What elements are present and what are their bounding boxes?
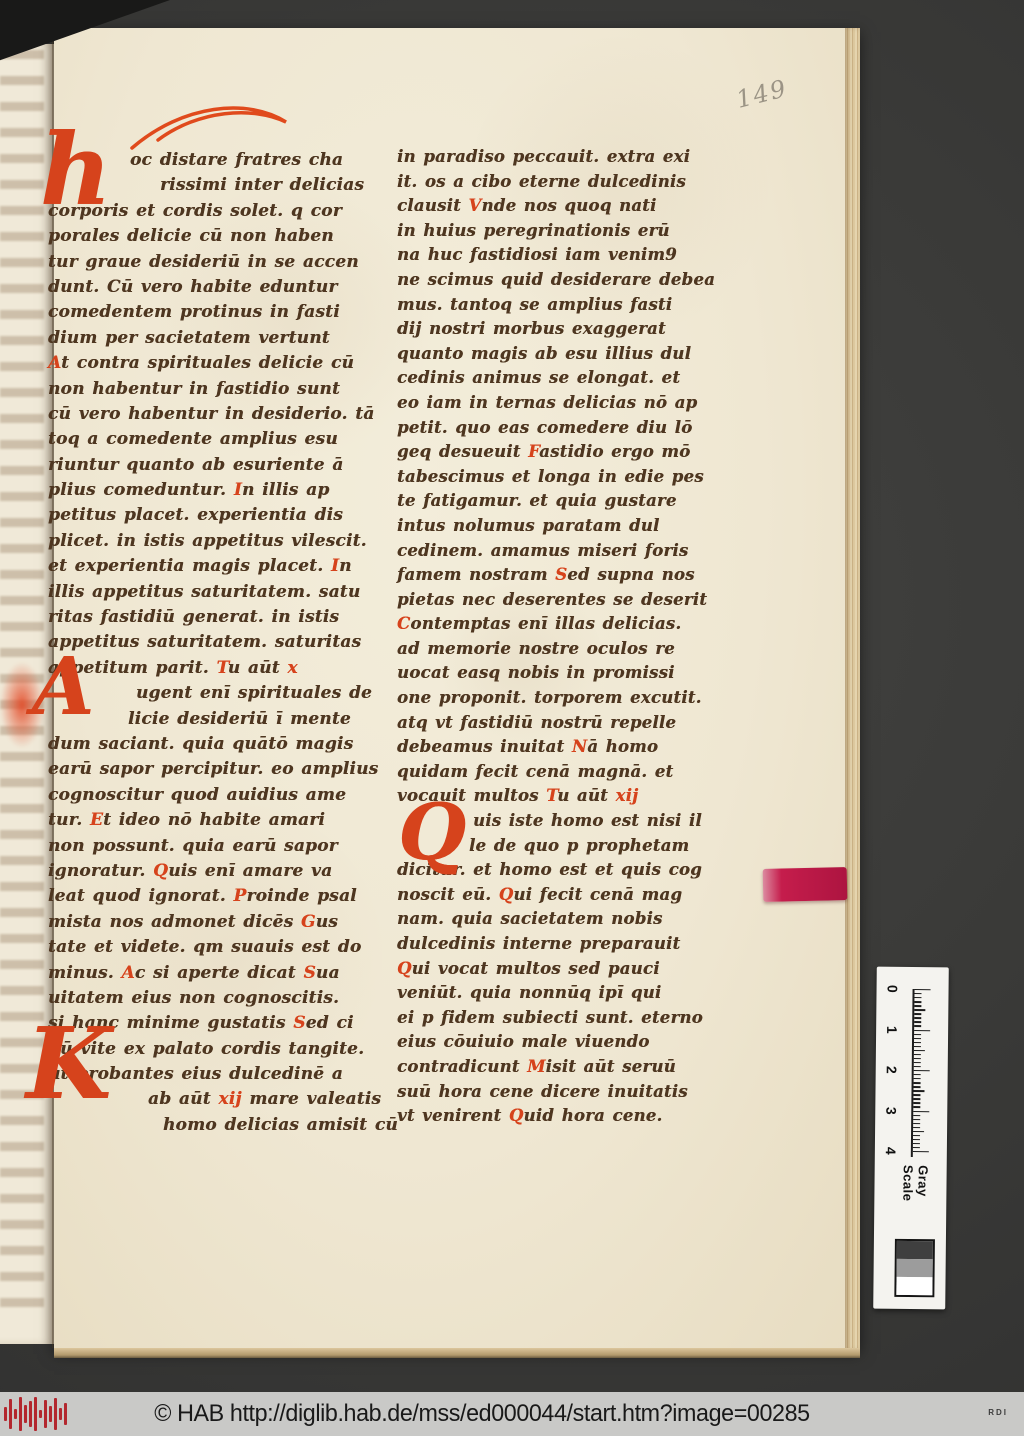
text-column-right: in paradiso peccauit. extra exiit. os a … (397, 146, 737, 1130)
ink-text: dium per sacietatem vertunt (48, 328, 330, 348)
gray-scale-label: Gray Scale (900, 1165, 931, 1235)
ruler-number: 0 (884, 978, 900, 1000)
ink-text: c si aperte dicat (135, 963, 304, 983)
ruler-tick (913, 1090, 924, 1092)
rubric-text: xij (218, 1089, 249, 1109)
manuscript-line: tate et videte. qm suauis est do (48, 937, 388, 962)
ink-text: ui fecit cenā mag (513, 884, 682, 904)
ruler-ticks (877, 967, 949, 968)
manuscript-line: geq desueuit Fastidio ergo mō (397, 441, 737, 466)
ink-text: ugent enī spirituales de (136, 683, 372, 703)
manuscript-line: veniūt. quia nonnūq ipī qui (397, 982, 737, 1007)
ink-text: ad memorie nostre oculos re (397, 638, 675, 658)
ink-text: famem nostram (397, 564, 555, 584)
ink-text: it. os a cibo eterne dulcedinis (397, 171, 686, 191)
rubric-text: F (528, 441, 539, 461)
ink-text: t ideo nō habite amari (103, 810, 325, 830)
rubric-text: M (527, 1056, 546, 1076)
ink-text: dulcedinis interne preparauit (397, 933, 680, 953)
ink-text: rissimi inter delicias (160, 175, 364, 195)
ink-text: petit. quo eas comedere diu lō (397, 417, 692, 437)
ruler-tick (914, 1009, 925, 1011)
rubric-text: x (287, 658, 297, 678)
footer-bar: © HAB http://diglib.hab.de/mss/ed000044/… (0, 1392, 1024, 1436)
manuscript-line: riuntur quanto ab esuriente ā (48, 455, 388, 480)
rubric-text: V (468, 195, 481, 215)
ink-text: comedentem protinus in fasti (48, 302, 340, 322)
manuscript-line: leat quod ignorat. Proinde psal (48, 886, 388, 911)
manuscript-line: in paradiso peccauit. extra exi (397, 146, 737, 171)
manuscript-line: ritas fastidiū generat. in istis (48, 607, 388, 632)
manuscript-line: contradicunt Misit aūt seruū (397, 1056, 737, 1081)
rubric-text: A (121, 963, 134, 983)
ruler-number: 4 (883, 1140, 899, 1162)
manuscript-line: porales delicie cū non haben (48, 226, 388, 251)
ruler-tick (913, 1147, 920, 1148)
ink-text: geq desueuit (397, 441, 528, 461)
manuscript-line: cognoscitur quod auidius ame (48, 785, 388, 810)
ruler-tick (914, 1046, 921, 1047)
ink-text: plius comeduntur. (48, 480, 234, 500)
rubric-text: Q (397, 958, 412, 978)
manuscript-line: dunt. Cū vero habite eduntur (48, 277, 388, 302)
ink-text: eius cōuiuio male viuendo (397, 1031, 650, 1051)
gray-scale-patches (894, 1239, 935, 1297)
manuscript-line: dulcedinis interne preparauit (397, 933, 737, 958)
ink-text: atq vt fastidiū nostrū repelle (397, 712, 676, 732)
logo-bar (9, 1399, 12, 1429)
ink-text: debeamus inuitat (397, 736, 572, 756)
ink-text: mus. tantoq se amplius fasti (397, 294, 672, 314)
ink-text: riuntur quanto ab esuriente ā (48, 455, 344, 475)
manuscript-line: clausit Vnde nos quoq nati (397, 195, 737, 220)
ruler-tick (913, 1119, 920, 1120)
ink-text: uis enī amare va (168, 861, 332, 881)
ink-text: tabescimus et longa in edie pes (397, 466, 704, 486)
ink-text: toq a comedente amplius esu (48, 429, 338, 449)
ink-text: t contra spirituales delicie cū (61, 353, 354, 373)
ink-text: u aūt (228, 658, 288, 678)
manuscript-line: non habentur in fastidio sunt (48, 379, 388, 404)
ruler-tick (913, 1123, 920, 1124)
ruler-number: 1 (884, 1018, 900, 1040)
manuscript-line: uocat easq nobis in promissi (397, 662, 737, 687)
illuminated-initial-k: K (26, 1016, 111, 1114)
ink-text: uid hora cene. (524, 1105, 663, 1125)
ruler-tick (914, 1034, 921, 1035)
manuscript-line: ignoratur. Quis enī amare va (48, 861, 388, 886)
ink-text: in huius peregrinationis erū (397, 220, 670, 240)
manuscript-line: ugent enī spirituales de (48, 683, 388, 708)
ink-text: suū hora cene dicere inuitatis (397, 1081, 688, 1101)
rubric-text: T (546, 785, 557, 805)
ink-text: one proponit. torporem excutit. (397, 687, 702, 707)
manuscript-line: cedinem. amamus miseri foris (397, 540, 737, 565)
ruler-number: 2 (884, 1059, 900, 1081)
rubric-text: Q (499, 884, 514, 904)
ink-text: dum saciant. quia quātō magis (48, 734, 353, 754)
manuscript-line: appetitus saturitatem. saturitas (48, 632, 388, 657)
ink-text: quidam fecit cenā magnā. et (397, 761, 673, 781)
ink-text: eo iam in ternas delicias nō ap (397, 392, 697, 412)
ink-text: appetitus saturitatem. saturitas (48, 632, 361, 652)
ruler-tick (914, 1050, 925, 1052)
ink-text: pietas nec deserentes se deserit (397, 589, 707, 609)
manuscript-line: toq a comedente amplius esu (48, 429, 388, 454)
illuminated-initial-q: Q (398, 794, 466, 872)
ink-text: cū vero habentur in desiderio. tā (48, 404, 375, 424)
ink-text: ed supna nos (567, 564, 694, 584)
ink-text: uis iste homo est nisi il (473, 810, 702, 830)
ink-text: tur graue desideriū in se accen (48, 252, 359, 272)
ink-text: astidio ergo mō (539, 441, 690, 461)
gray-patch (896, 1277, 932, 1295)
manuscript-line: cū vero habentur in desiderio. tā (48, 404, 388, 429)
rubric-text: E (90, 810, 103, 830)
gray-patch (897, 1259, 933, 1277)
ink-text: cognoscitur quod auidius ame (48, 785, 346, 805)
ink-text: le de quo p prophetam (469, 835, 689, 855)
ink-text: intus nolumus paratam dul (397, 515, 660, 535)
ink-text: n illis ap (242, 480, 330, 500)
manuscript-line: in huius peregrinationis erū (397, 220, 737, 245)
manuscript-line: ad memorie nostre oculos re (397, 638, 737, 663)
rubric-text: S (293, 1013, 305, 1033)
manuscript-line: pietas nec deserentes se deserit (397, 589, 737, 614)
ruler-tick (914, 1058, 921, 1059)
ruler-tick (913, 1135, 920, 1136)
ink-text: u aūt (557, 785, 615, 805)
ink-text: nde nos quoq nati (482, 195, 657, 215)
ink-text: clausit (397, 195, 468, 215)
manuscript-line: tur graue desideriū in se accen (48, 252, 388, 277)
manuscript-line: debeamus inuitat Nā homo (397, 736, 737, 761)
text-column-left: oc distare fratres charissimi inter deli… (48, 150, 388, 1140)
rubric-text: N (572, 736, 587, 756)
manuscript-line: famem nostram Sed supna nos (397, 564, 737, 589)
ruler-tick (914, 1086, 921, 1087)
manuscript-line: quidam fecit cenā magnā. et (397, 761, 737, 786)
rubric-text: G (301, 912, 316, 932)
ink-text: illis appetitus saturitatem. satu (48, 582, 360, 602)
ruler-tick (914, 1021, 921, 1022)
ink-text: earū sapor percipitur. eo amplius (48, 759, 378, 779)
manuscript-line: intus nolumus paratam dul (397, 515, 737, 540)
ink-text: tur. (48, 810, 90, 830)
manuscript-line: one proponit. torporem excutit. (397, 687, 737, 712)
ruler-tick (914, 1054, 921, 1055)
ink-text: petitus placet. experientia dis (48, 505, 343, 525)
ink-text: minus. (48, 963, 121, 983)
ink-text: leat quod ignorat. (48, 886, 233, 906)
manuscript-line: eo iam in ternas delicias nō ap (397, 392, 737, 417)
ruler-tick (914, 1025, 921, 1026)
manuscript-line: noscit eū. Qui fecit cenā mag (397, 884, 737, 909)
ruler-tick (913, 1131, 924, 1133)
ink-text: dunt. Cū vero habite eduntur (48, 277, 338, 297)
manuscript-line: eius cōuiuio male viuendo (397, 1031, 737, 1056)
fore-edge (845, 28, 860, 1350)
ruler-tick (914, 1078, 921, 1079)
manuscript-line: vt venirent Quid hora cene. (397, 1105, 737, 1130)
rubric-text: A (48, 353, 61, 373)
ruler-tick (914, 997, 921, 998)
ink-text: ui vocat multos sed pauci (412, 958, 660, 978)
ruler-tick (913, 1127, 920, 1128)
ruler-number: 3 (883, 1099, 899, 1121)
ruler-tick (914, 1074, 921, 1075)
ruler-tick (913, 1151, 929, 1153)
book-block-bottom-edge (54, 1348, 860, 1358)
ink-text: ua (316, 963, 340, 983)
ruler-tick (914, 1066, 921, 1067)
manuscript-line: ei p fidem subiecti sunt. eterno (397, 1007, 737, 1032)
manuscript-line: te fatigamur. et quia gustare (397, 490, 737, 515)
bookmark-ribbon (763, 867, 848, 902)
manuscript-line: plicet. in istis appetitus vilescit. (48, 531, 388, 556)
ruler-tick (914, 1013, 921, 1014)
manuscript-line: nam. quia sacietatem nobis (397, 908, 737, 933)
ink-text: vt venirent (397, 1105, 509, 1125)
manuscript-line: cedinis animus se elongat. et (397, 367, 737, 392)
ink-text: non habentur in fastidio sunt (48, 379, 340, 399)
ink-text: nam. quia sacietatem nobis (397, 908, 663, 928)
manuscript-line: Contemptas enī illas delicias. (397, 613, 737, 638)
manuscript-line: quanto magis ab esu illius dul (397, 343, 737, 368)
ink-text: ed ci (306, 1013, 354, 1033)
logo-bar (4, 1407, 7, 1421)
ink-text: te fatigamur. et quia gustare (397, 490, 677, 510)
ruler-tick (915, 989, 931, 991)
ink-text: uocat easq nobis in promissi (397, 662, 675, 682)
ink-text: mista nos admonet dicēs (48, 912, 301, 932)
ink-text: in paradiso peccauit. extra exi (397, 146, 690, 166)
manuscript-line: petit. quo eas comedere diu lō (397, 417, 737, 442)
ruler-tick (914, 1062, 921, 1063)
ink-text: n (339, 556, 352, 576)
ink-text: uitatem eius non cognoscitis. (48, 988, 339, 1008)
manuscript-line: Qui vocat multos sed pauci (397, 958, 737, 983)
ruler-tick (914, 1001, 921, 1002)
ink-text: et experientia magis placet. (48, 556, 331, 576)
manuscript-line: dium per sacietatem vertunt (48, 328, 388, 353)
gray-patch (897, 1241, 933, 1259)
manuscript-line: plius comeduntur. In illis ap (48, 480, 388, 505)
ink-text: ā homo (587, 736, 658, 756)
rubric-text: S (303, 963, 315, 983)
ink-text: mare valeatis (249, 1089, 381, 1109)
manuscript-line: ne scimus quid desiderare debea (397, 269, 737, 294)
digitized-manuscript-viewer: 149 h A K Q oc distare fratres charissim… (0, 0, 1024, 1436)
ruler-tick (914, 1030, 930, 1032)
illuminated-initial-a: A (32, 646, 94, 726)
ink-text: roinde psal (246, 886, 356, 906)
manuscript-line: tur. Et ideo nō habite amari (48, 810, 388, 835)
manuscript-line: et experientia magis placet. In (48, 556, 388, 581)
initial-flourish-icon (128, 96, 293, 154)
manuscript-line: mus. tantoq se amplius fasti (397, 294, 737, 319)
ink-text: cedinis animus se elongat. et (397, 367, 680, 387)
ruler-tick (913, 1102, 920, 1103)
ruler-tick (914, 1042, 921, 1043)
ink-text: non possunt. quia earū sapor (48, 836, 338, 856)
manuscript-line: it. os a cibo eterne dulcedinis (397, 171, 737, 196)
ruler-tick (914, 1082, 921, 1083)
manuscript-line: atq vt fastidiū nostrū repelle (397, 712, 737, 737)
manuscript-line: na huc fastidiosi iam venim9 (397, 244, 737, 269)
rubric-text: xij (616, 785, 639, 805)
manuscript-line: dum saciant. quia quātō magis (48, 734, 388, 759)
manuscript-line: non possunt. quia earū sapor (48, 836, 388, 861)
manuscript-line: earū sapor percipitur. eo amplius (48, 759, 388, 784)
manuscript-line: appetitum parit. Tu aūt x (48, 658, 388, 683)
ink-text: noscit eū. (397, 884, 499, 904)
manuscript-line: illis appetitus saturitatem. satu (48, 582, 388, 607)
ink-text: ei p fidem subiecti sunt. eterno (397, 1007, 703, 1027)
ink-text: quanto magis ab esu illius dul (397, 343, 691, 363)
ruler-tick (913, 1098, 920, 1099)
ruler-tick (913, 1139, 920, 1140)
manuscript-line: petitus placet. experientia dis (48, 505, 388, 530)
ruler-tick (913, 1143, 920, 1144)
grayscale-ruler-card: 01234 Gray Scale (873, 967, 949, 1310)
ink-text: ignoratur. (48, 861, 153, 881)
rubric-text: P (233, 886, 246, 906)
copyright-text: © HAB http://diglib.hab.de/mss/ed000044/… (14, 1392, 949, 1436)
ruler-tick (915, 993, 922, 994)
ruler-tick (913, 1094, 920, 1095)
ink-text: ne scimus quid desiderare debea (397, 269, 715, 289)
rubric-text: I (234, 480, 242, 500)
ink-text: veniūt. quia nonnūq ipī qui (397, 982, 661, 1002)
manuscript-line: comedentem protinus in fasti (48, 302, 388, 327)
ink-text: plicet. in istis appetitus vilescit. (48, 531, 367, 551)
ink-text: licie desideriū ī mente (128, 709, 351, 729)
manuscript-line: suū hora cene dicere inuitatis (397, 1081, 737, 1106)
rubric-text: I (331, 556, 339, 576)
illuminated-initial-h: h (40, 122, 111, 220)
ruler-tick (913, 1106, 920, 1107)
ink-text: contradicunt (397, 1056, 527, 1076)
ruler-tick (914, 1017, 921, 1018)
ruler-tick (914, 1038, 921, 1039)
ink-text: homo delicias amisit cū (163, 1115, 398, 1135)
ink-text: isit aūt seruū (546, 1056, 676, 1076)
ruler-numbers: 01234 (877, 967, 949, 968)
rubric-text: C (397, 613, 410, 633)
manuscript-line: mista nos admonet dicēs Gus (48, 912, 388, 937)
ruler-tick (913, 1111, 929, 1113)
ink-text: dij nostri morbus exaggerat (397, 318, 666, 338)
manuscript-line: licie desideriū ī mente (48, 709, 388, 734)
ink-text: ab aūt (148, 1089, 218, 1109)
ruler-tick (913, 1115, 920, 1116)
ruler-tick (914, 1070, 930, 1072)
ink-text: tate et videte. qm suauis est do (48, 937, 361, 957)
rubric-text: Q (153, 861, 168, 881)
ink-text: na huc fastidiosi iam venim9 (397, 244, 677, 264)
ink-text: ritas fastidiū generat. in istis (48, 607, 339, 627)
manuscript-line: minus. Ac si aperte dicat Sua (48, 963, 388, 988)
ruler-tick (914, 1005, 921, 1006)
manuscript-line: dij nostri morbus exaggerat (397, 318, 737, 343)
ink-text: ontemptas enī illas delicias. (410, 613, 681, 633)
manuscript-line: At contra spirituales delicie cū (48, 353, 388, 378)
ink-text: porales delicie cū non haben (48, 226, 334, 246)
ink-text: us (316, 912, 338, 932)
rubric-text: Q (509, 1105, 524, 1125)
manuscript-line: tabescimus et longa in edie pes (397, 466, 737, 491)
ink-text: cedinem. amamus miseri foris (397, 540, 688, 560)
footer-corner-mark: RDI (988, 1408, 1008, 1417)
rubric-text: S (555, 564, 567, 584)
rubric-text: T (216, 658, 227, 678)
